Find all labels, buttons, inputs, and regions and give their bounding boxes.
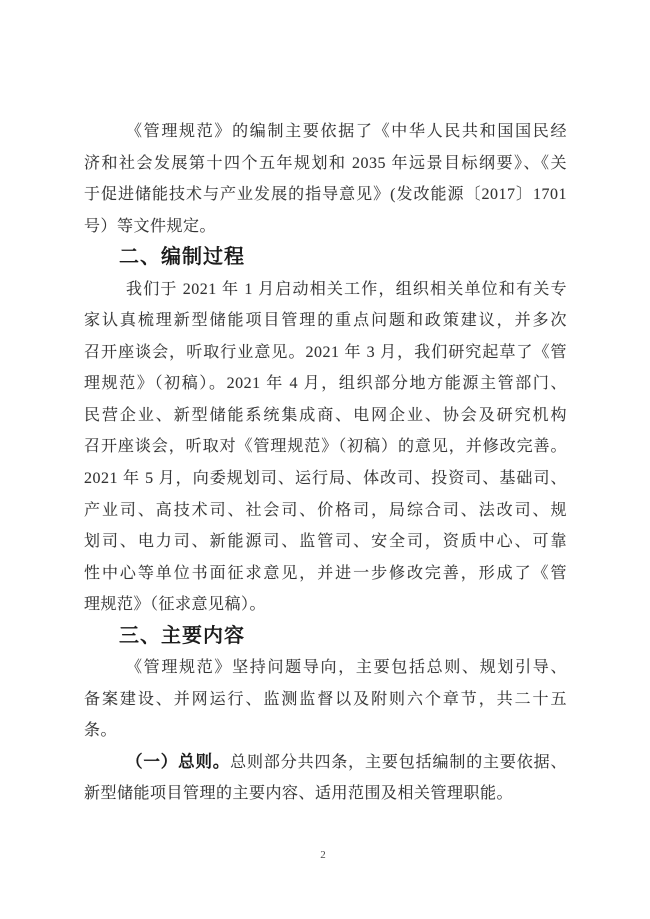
text-line: 我们于 2021 年 1 月启动相关工作，组织相关单位和有关专: [84, 274, 567, 306]
page-number: 2: [0, 849, 646, 861]
text-line: 民营企业、新型储能系统集成商、电网企业、协会及研究机构: [84, 400, 567, 432]
text-line: 于促进储能技术与产业发展的指导意见》(发改能源〔2017〕1701: [84, 179, 567, 211]
text-line: 济和社会发展第十四个五年规划和 2035 年远景目标纲要》、《关: [84, 148, 567, 180]
text-line: 召开座谈会，听取行业意见。2021 年 3 月，我们研究起草了《管: [84, 337, 567, 369]
text-line: 性中心等单位书面征求意见，并进一步修改完善，形成了《管: [84, 558, 567, 590]
document-page: 《管理规范》的编制主要依据了《中华人民共和国国民经 济和社会发展第十四个五年规划…: [0, 0, 650, 919]
text-line: 理规范》（征求意见稿）。: [84, 589, 567, 621]
document-text-block: 《管理规范》的编制主要依据了《中华人民共和国国民经 济和社会发展第十四个五年规划…: [84, 116, 567, 810]
text-line: 《管理规范》的编制主要依据了《中华人民共和国国民经: [84, 116, 567, 148]
text-line: 2021 年 5 月，向委规划司、运行局、体改司、投资司、基础司、: [84, 463, 567, 495]
text-line: 划司、电力司、新能源司、监管司、安全司，资质中心、可靠: [84, 526, 567, 558]
text-line: 号）等文件规定。: [84, 211, 567, 243]
section-heading-compilation-process: 二、编制过程: [84, 242, 567, 274]
text-line: 家认真梳理新型储能项目管理的重点问题和政策建议，并多次: [84, 305, 567, 337]
section-heading-main-content: 三、主要内容: [84, 621, 567, 653]
text-line: 产业司、高技术司、社会司、价格司，局综合司、法改司、规: [84, 495, 567, 527]
subsection-label: （一）总则。: [126, 753, 230, 771]
text-line: 召开座谈会，听取对《管理规范》（初稿）的意见，并修改完善。: [84, 431, 567, 463]
text-line: 总则部分共四条，主要包括编制的主要依据、: [230, 754, 567, 771]
text-line: 理规范》（初稿）。2021 年 4 月，组织部分地方能源主管部门、: [84, 368, 567, 400]
text-line: 备案建设、并网运行、监测监督以及附则六个章节，共二十五: [84, 684, 567, 716]
text-line: 《管理规范》坚持问题导向，主要包括总则、规划引导、: [84, 652, 567, 684]
text-line: 新型储能项目管理的主要内容、适用范围及相关管理职能。: [84, 778, 567, 810]
text-line: 条。: [84, 715, 567, 747]
text-line-with-bold-lead: （一）总则。总则部分共四条，主要包括编制的主要依据、: [84, 747, 567, 779]
